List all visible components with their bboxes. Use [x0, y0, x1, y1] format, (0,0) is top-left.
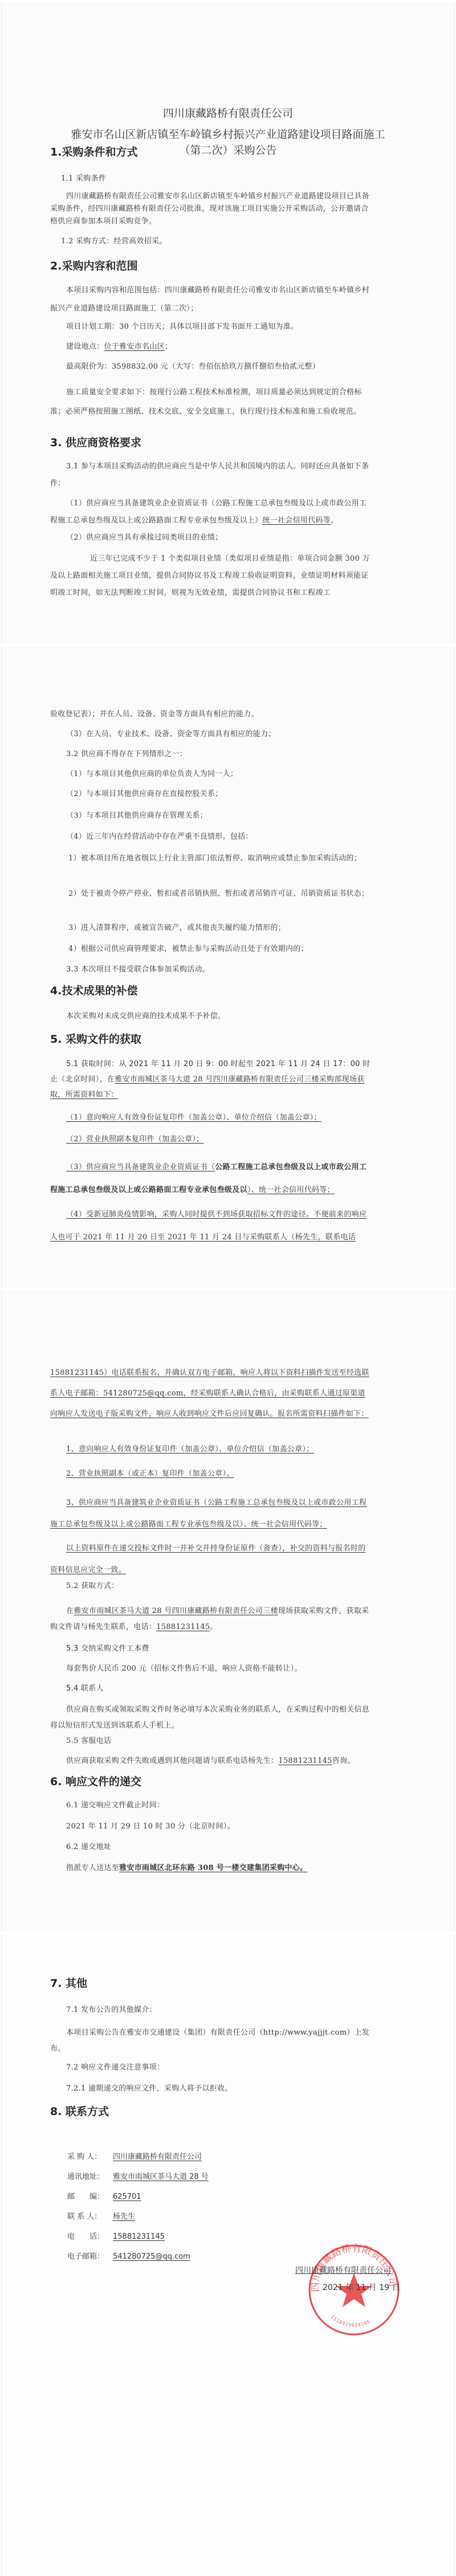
s3-3: 3.3 本次项目不接受联合体参加采购活动。	[50, 964, 372, 975]
s7-1-text: 本项目采购公告在雅安市交通建设（集团）有限责任公司（http://www.yaj…	[50, 2025, 372, 2057]
s7-2-title: 7.2 响应文件递交注意事项：	[50, 2062, 372, 2073]
bad-conduct-1: 1）被本项目所在地省级以上行业主管部门依法暂停、取消响应或禁止参加采购活动的；	[50, 851, 372, 866]
section-7-heading: 7. 其他	[50, 1975, 87, 1990]
s1-1-title: 1.1 采购条件	[61, 173, 383, 185]
doc-req-4: （4）受新冠肺炎疫情影响，采购人同时提供不到场获取招标文件的途径。不便前来的响应…	[50, 1203, 372, 1249]
signature-date: 2021 年 11 月 19 日	[323, 2281, 400, 2293]
document-page-4: 7. 其他 7.1 发布公告的其他媒介： 本项目采购公告在雅安市交通建设（集团）…	[1, 1934, 455, 2576]
s5-4-text: 供应商在购买或领取采购文件时务必填写本次采购业务的联系人，在采购过程中的相关信息…	[50, 1702, 372, 1734]
s3-req2-detail-cont: 验收登记表）；并在人员、设备、资金等方面具有相应的能力。	[50, 709, 372, 720]
doc-req-3: （3）供应商应当具备建筑业企业资质证书（公路工程施工总承包叁级及以上或市政公用工…	[50, 1156, 372, 1202]
doc-req-4-cont: 15881231145）电话联系报名，并确认双方电子邮箱，响应人将以下资料扫描件…	[50, 1363, 372, 1424]
contact-email: 电子邮箱：541280725@qq.com	[67, 2250, 190, 2261]
s6-2-title: 6.2 递交地址	[50, 1842, 372, 1853]
signature-company: 四川康藏路桥有限责任公司	[295, 2264, 391, 2276]
contact-person: 联 系 人：杨先生	[67, 2210, 135, 2221]
s5-3-title: 5.3 交纳采购文件工本费	[50, 1643, 372, 1655]
s3-1-text: 3.1 参与本项目采购活动的供应商应当是中华人民共和国境内的法人。同时还应具备如…	[50, 458, 372, 492]
originals-note: 以上资料原件在递交投标文件时一并补交并持身份证原件（备查），补交的资料与报名时的…	[50, 1538, 372, 1581]
exclusion-2: （2）与本项目其他供应商存在直接控股关系；	[50, 789, 372, 800]
bad-conduct-4: 4）根据公司供应商管理要求，被禁止参与采购活动且处于有效期内的；	[50, 944, 372, 955]
s7-2-1: 7.2.1 逾期递交的响应文件，采购人将予以拒收。	[50, 2083, 372, 2095]
s5-5-text: 供应商获取采购文件失败或遇到其他问题请与联系电话杨先生：15881231145咨…	[50, 1756, 372, 1767]
company-title: 四川康藏路桥有限责任公司	[2, 105, 454, 120]
section-4-heading: 4.技术成果的补偿	[50, 982, 137, 998]
s5-2-text: 在雅安市雨城区茶马大道 28 号四川康藏路桥有限责任公司三楼现场获取采购文件，获…	[50, 1603, 372, 1635]
phone-link: 15881231145	[156, 1623, 210, 1631]
contact-purchaser: 采 购 人：四川康藏路桥有限责任公司	[67, 2150, 202, 2161]
s3-req2: （2）供应商应当具有承接过同类项目的业绩；	[50, 532, 372, 544]
s1-2-text: 1.2 采购方式：经营高效招采。	[61, 236, 383, 247]
bad-conduct-2: 2）处于被责令停产停业、暂扣或者吊销执照、暂扣或者吊销许可证、吊销资质证书状态；	[50, 887, 372, 901]
s6-2-text: 指派专人送达至雅安市雨城区北环东路 308 号一楼交建集团采购中心。	[50, 1863, 372, 1874]
s5-2-title: 5.2 获取方式：	[50, 1581, 372, 1592]
location-value: 位于雅安市名山区	[104, 342, 165, 351]
exclusion-1: （1）与本项目其他供应商的单位负责人为同一人；	[50, 769, 372, 780]
contact-phone: 电 话：15881231145	[67, 2230, 165, 2241]
document-page-1: 四川康藏路桥有限责任公司 雅安市名山区新店镇至车岭镇乡村振兴产业道路建设项目路面…	[1, 2, 455, 644]
s2-location: 建设地点：位于雅安市名山区；	[50, 341, 372, 353]
s2-max-price: 最高限价为：3598832.00 元（大写：叁佰伍拾玖万捌仟捌佰叁拾贰元整）	[50, 361, 372, 373]
s5-1: 5.1 获取时间：从 2021 年 11 月 20 日 9：00 时起至 202…	[50, 1056, 372, 1103]
s3-req3: （3）在人员、专业技术、设备、资金等方面具有相应的能力；	[50, 729, 372, 740]
document-page-3: 15881231145）电话联系报名，并确认双方电子邮箱，响应人将以下资料扫描件…	[1, 1290, 455, 1932]
scan-doc-2: 2、营业执照副本（或正本）复印件（加盖公章）。	[50, 1468, 372, 1480]
svg-text:5118025034105: 5118025034105	[330, 2314, 371, 2328]
s2-duration: 项目计划工期：30 个日历天；具体以项目部下发书面开工通知为准。	[50, 321, 372, 333]
doc-req-1: （1）意向响应人有效身份证复印件（加盖公章）、单位介绍信（加盖公章）；	[50, 1112, 372, 1124]
doc-req-2: （2）营业执照副本复印件（加盖公章）；	[50, 1134, 372, 1145]
section-1-heading: 1.采购条件和方式	[50, 144, 137, 159]
exclusion-3: （3）与本项目其他供应商存在管理关系；	[50, 810, 372, 822]
exclusion-4: （4）近三年内在经营活动中存在严重不良情形。包括：	[50, 831, 372, 843]
s3-req1: （1）供应商应当具备建筑业企业资质证书（公路工程施工总承包叁级及以上或市政公用工…	[50, 495, 372, 529]
announcement-title-line1: 雅安市名山区新店镇至车岭镇乡村振兴产业道路建设项目路面施工	[2, 126, 454, 142]
section-6-heading: 6. 响应文件的递交	[50, 1773, 141, 1789]
s6-1-title: 6.1 递交响应文件截止时间：	[50, 1800, 372, 1811]
contact-postcode: 邮 编：625701	[67, 2190, 141, 2201]
scan-doc-3: 3、供应商应当具备建筑业企业资质证书（公路工程施工总承包叁级及以上或市政公用工程…	[50, 1492, 372, 1536]
s4-text: 本次采购对未成交供应商的技术成果不予补偿。	[50, 1011, 372, 1022]
bad-conduct-3: 3）进入清算程序，或被宣告破产，或其他丧失履约能力情形的；	[50, 922, 372, 934]
section-8-heading: 8. 联系方式	[50, 2103, 109, 2118]
scan-doc-1: 1、意向响应人有效身份证复印件（加盖公章）、单位介绍信（加盖公章）；	[50, 1444, 372, 1455]
s6-1-value: 2021 年 11 月 29 日 10 时 30 分（北京时间）。	[50, 1821, 372, 1832]
section-3-heading: 3. 供应商资格要求	[50, 434, 141, 450]
contact-address: 通讯地址：雅安市雨城区茶马大道 28 号	[67, 2170, 209, 2181]
s5-4-title: 5.4 联系人	[50, 1683, 372, 1695]
s5-3-text: 每套售价人民币 200 元（招标文件售后不退，响应人资格不能转让）。	[50, 1663, 372, 1675]
s7-1-title: 7.1 发布公告的其他媒介：	[50, 2005, 372, 2016]
s2-quality: 施工质量安全要求如下：按现行公路工程技术标准检测，项目质量必须达到规定的合格标准…	[50, 383, 372, 422]
s3-2-title: 3.2 供应商不得存在下列情形之一：	[50, 749, 372, 760]
s2-scope: 本项目采购内容和范围包括：四川康藏路桥有限责任公司雅安市名山区新店镇至车岭镇乡村…	[50, 281, 372, 318]
s3-req2-detail: 近三年已完成不少于 1 个类似项目业绩（类似项目业绩是指：单项合同金额 300 …	[50, 550, 372, 602]
section-2-heading: 2.采购内容和范围	[50, 258, 137, 273]
document-page-2: 验收登记表）；并在人员、设备、资金等方面具有相应的能力。 （3）在人员、专业技术…	[1, 646, 455, 1288]
section-5-heading: 5. 采购文件的获取	[50, 1031, 141, 1046]
s5-5-title: 5.5 客服电话	[50, 1736, 372, 1747]
s1-1-text: 四川康藏路桥有限责任公司雅安市名山区新店镇至车岭镇乡村振兴产业道路建设项目已具备…	[50, 190, 372, 228]
